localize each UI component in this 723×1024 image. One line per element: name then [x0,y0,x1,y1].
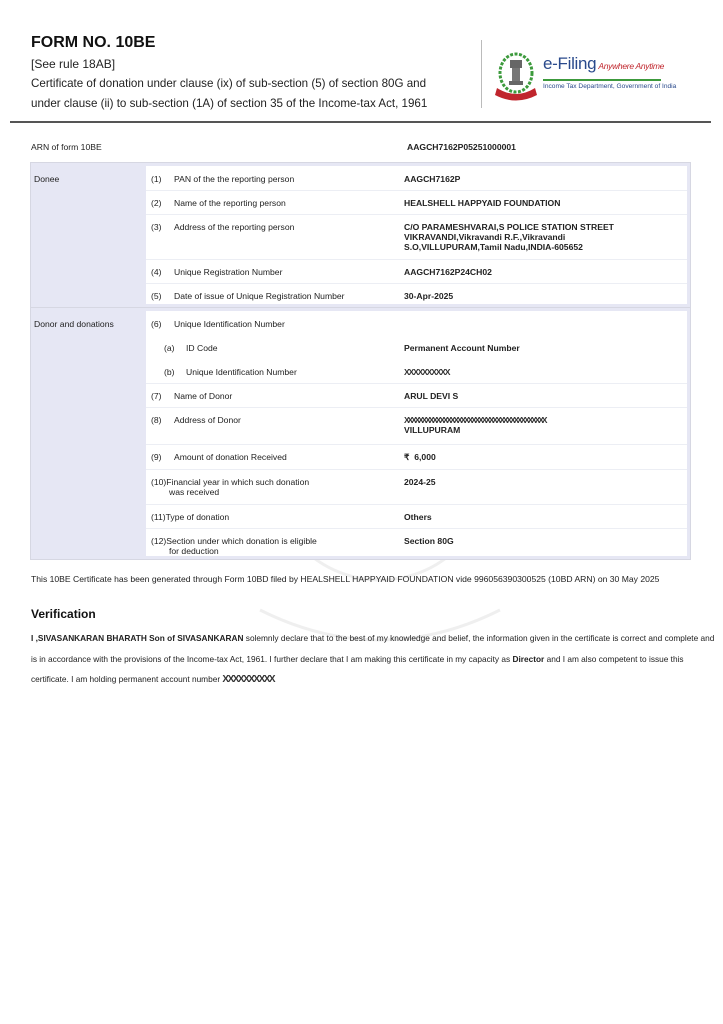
table-row: (8)Address of Donor XXXXXXXXXXXXXXXXXXXX… [146,407,687,445]
donation-type-value: Others [404,512,674,522]
row-label-text: ID Code [186,343,218,353]
table-row: (3)Address of the reporting person C/O P… [146,214,687,260]
row-number: (2) [151,198,174,208]
department-name: Income Tax Department, Government of Ind… [543,83,676,90]
row-label: (3)Address of the reporting person [151,222,381,232]
table-row: (4)Unique Registration Number AAGCH7162P… [146,259,687,284]
logo-underline [543,79,661,81]
verification-declaration: I ,SIVASANKARAN BHARATH Son of SIVASANKA… [31,628,715,691]
row-number: (5) [151,291,174,301]
address-line: S.O,VILLUPURAM,Tamil Nadu,INDIA-605652 [404,242,674,252]
generation-note: This 10BE Certificate has been generated… [31,572,711,586]
redacted-pan: XXXXXXXXXX [222,670,274,691]
table-row: (a)ID Code Permanent Account Number [146,335,687,359]
row-number: (4) [151,267,174,277]
redacted-text: XXXXXXXXXXXXXXXXXXXXXXXXXXXXXXXXXXXXXXXX [404,415,545,425]
form-subtitle-line-2: under clause (ii) to sub-section (1A) of… [31,94,461,113]
row-label: (8)Address of Donor [151,415,381,425]
row-label: (10)Financial year in which such donatio… [151,477,381,497]
redacted-text: XXXXXXXXXX [404,367,449,377]
row-number: (3) [151,222,174,232]
amount-text: 6,000 [414,452,436,462]
rule-reference: [See rule 18AB] [31,56,461,73]
brand-name: e-FilingAnywhere Anytime [543,54,664,74]
donation-amount-value: ₹ 6,000 [404,452,674,462]
donee-section-label: Donee [34,174,59,184]
table-row: (b)Unique Identification Number XXXXXXXX… [146,359,687,384]
row-label-text: Financial year in which such donation [166,477,309,487]
row-number: (12) [151,536,166,546]
form-title: FORM NO. 10BE [31,33,461,53]
table-row: (5)Date of issue of Unique Registration … [146,283,687,306]
row-number: (9) [151,452,174,462]
row-label: (5)Date of issue of Unique Registration … [151,291,381,301]
efiling-logo: e-FilingAnywhere Anytime Income Tax Depa… [493,50,673,106]
form-header: FORM NO. 10BE [See rule 18AB] Certificat… [31,33,461,113]
table-row: (1)PAN of the the reporting person AAGCH… [146,166,687,191]
donee-address-value: C/O PARAMESHVARAI,S POLICE STATION STREE… [404,222,674,252]
donor-address-value: XXXXXXXXXXXXXXXXXXXXXXXXXXXXXXXXXXXXXXXX… [404,415,674,435]
donee-pan-value: AAGCH7162P [404,174,674,184]
row-number: (7) [151,391,174,401]
row-number: (8) [151,415,174,425]
row-number: (10) [151,477,166,487]
donor-section-label: Donor and donations [34,319,114,329]
table-row: (12)Section under which donation is elig… [146,528,687,558]
row-label: (7)Name of Donor [151,391,381,401]
row-label: (2)Name of the reporting person [151,198,381,208]
row-label: (9)Amount of donation Received [151,452,381,462]
address-line: VILLUPURAM [404,425,674,435]
address-line: C/O PARAMESHVARAI,S POLICE STATION STREE… [404,222,674,232]
row-label-text: Section under which donation is eligible [166,536,317,546]
table-row: (7)Name of Donor ARUL DEVI S [146,383,687,408]
donee-section: Donee (1)PAN of the the reporting person… [30,162,691,308]
row-label: (1)PAN of the the reporting person [151,174,381,184]
donor-uin-value: XXXXXXXXXX [404,367,674,377]
financial-year-value: 2024-25 [404,477,674,487]
national-emblem-icon [493,50,539,104]
row-label-text: Address of the reporting person [174,222,294,232]
verification-title: Verification [31,607,96,621]
row-label: (b)Unique Identification Number [164,367,394,377]
row-number: (b) [164,367,186,377]
row-number: (11) [151,512,166,522]
row-label-text: Unique Identification Number [174,319,285,329]
table-row: (2)Name of the reporting person HEALSHEL… [146,190,687,215]
table-row: (10)Financial year in which such donatio… [146,469,687,505]
row-label: (6)Unique Identification Number [151,319,381,329]
row-number: (a) [164,343,186,353]
row-label-text: PAN of the the reporting person [174,174,294,184]
form-subtitle-line-1: Certificate of donation under clause (ix… [31,74,461,93]
row-label-text: Address of Donor [174,415,241,425]
row-label: (4)Unique Registration Number [151,267,381,277]
row-label: (a)ID Code [164,343,394,353]
table-row: (9)Amount of donation Received ₹ 6,000 [146,444,687,470]
id-code-value: Permanent Account Number [404,343,674,353]
rupee-icon: ₹ [404,452,409,462]
arn-label: ARN of form 10BE [31,142,102,152]
row-label-text: Unique Identification Number [186,367,297,377]
eligible-section-value: Section 80G [404,536,674,546]
declarant-capacity: Director [512,654,544,664]
arn-value: AAGCH7162P05251000001 [407,142,516,152]
row-number: (6) [151,319,174,329]
row-label-text: Date of issue of Unique Registration Num… [174,291,345,301]
row-label-text: Name of the reporting person [174,198,286,208]
row-label-text: Unique Registration Number [174,267,282,277]
row-label-text-cont: was received [151,487,381,497]
row-label-text: Amount of donation Received [174,452,287,462]
header-rule [10,121,711,123]
row-label: (12)Section under which donation is elig… [151,536,381,556]
table-row: (11)Type of donation Others [146,504,687,529]
row-label: (11)Type of donation [151,512,381,522]
donee-name-value: HEALSHELL HAPPYAID FOUNDATION [404,198,674,208]
registration-date-value: 30-Apr-2025 [404,291,674,301]
row-number: (1) [151,174,174,184]
donor-name-value: ARUL DEVI S [404,391,674,401]
address-line: VIKRAVANDI,Vikravandi R.F.,Vikravandi [404,232,674,242]
registration-number-value: AAGCH7162P24CH02 [404,267,674,277]
declarant-name: I ,SIVASANKARAN BHARATH Son of SIVASANKA… [31,633,244,643]
donee-rows: (1)PAN of the the reporting person AAGCH… [146,166,687,304]
donor-rows: (6)Unique Identification Number (a)ID Co… [146,311,687,556]
brand-text: e-Filing [543,54,596,73]
brand-tagline: Anywhere Anytime [598,61,664,71]
table-row: (6)Unique Identification Number [146,311,687,335]
row-label-text: Type of donation [166,512,230,522]
row-label-text: Name of Donor [174,391,232,401]
header-divider [481,40,482,108]
row-label-text-cont: for deduction [151,546,381,556]
donor-section: Donor and donations (6)Unique Identifica… [30,307,691,560]
